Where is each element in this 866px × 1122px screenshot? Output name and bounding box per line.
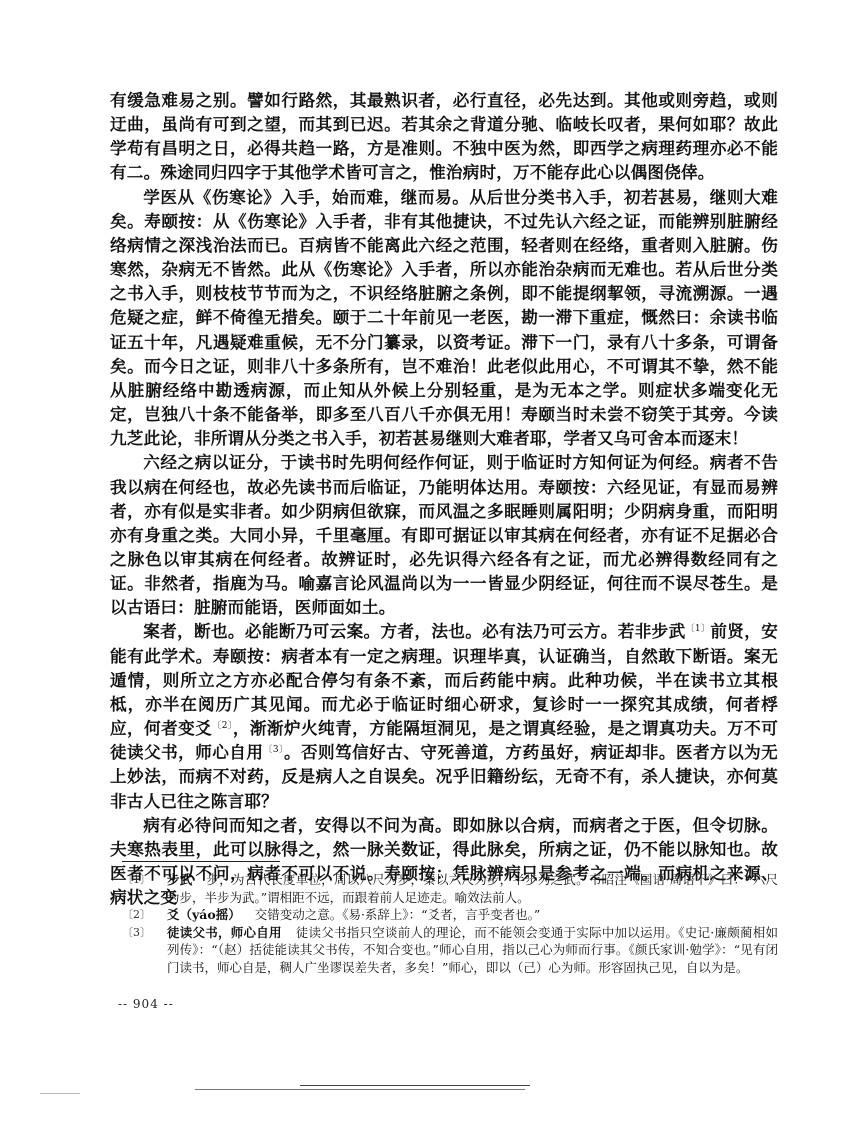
footnote-1: 〔1〕 步武步，为古代长度单位，周以八尺为步，秦以六尺为步，半步为之武。韦昭注《…	[122, 871, 778, 906]
footnote-ref-2[interactable]: 〔2〕	[212, 721, 233, 731]
footnote-mark: 〔3〕	[122, 924, 167, 977]
footnote-term: 步武	[167, 872, 193, 887]
paragraph-text: 学医从《伤寒论》入手，始而难，继而易。从后世分类书入手，初若甚易，继则大难矣。寿…	[110, 187, 778, 449]
footnote-2: 〔2〕 爻（yáo摇）交错变动之意。《易·系辞上》：“爻者，言乎变者也。”	[122, 906, 778, 924]
scan-edge-line	[40, 1093, 80, 1094]
paragraph-text: 六经之病以证分，于读书时先明何经作何证，则于临证时方知何证为何经。病者不告我以病…	[110, 452, 778, 617]
paragraph-text: 案者，断也。必能断乃可云案。方者，法也。必有法乃可云方。若非步武	[143, 621, 685, 641]
footnote-divider	[122, 861, 280, 862]
paragraph-4: 案者，断也。必能断乃可云案。方者，法也。必有法乃可云方。若非步武〔1〕前贤，安能…	[110, 619, 778, 812]
paragraph-text: 有缓急难易之别。譬如行路然，其最熟识者，必行直径，必先达到。其他或则旁趋，或则迂…	[110, 90, 778, 182]
footnote-term: 徒读父书，师心自用	[167, 925, 282, 940]
footnote-body: 步武步，为古代长度单位，周以八尺为步，秦以六尺为步，半步为之武。韦昭注《国语·周…	[167, 871, 778, 906]
footnote-ref-3[interactable]: 〔3〕	[263, 745, 284, 755]
paragraph-2: 学医从《伤寒论》入手，始而难，继而易。从后世分类书入手，初若甚易，继则大难矣。寿…	[110, 185, 778, 451]
footnote-text: 交错变动之意。《易·系辞上》：“爻者，言乎变者也。”	[255, 907, 541, 922]
footnote-ref-1[interactable]: 〔1〕	[686, 624, 711, 634]
scan-edge-line	[195, 1089, 525, 1090]
main-text: 有缓急难易之别。譬如行路然，其最熟识者，必行直径，必先达到。其他或则旁趋，或则迂…	[110, 88, 778, 909]
footnote-body: 爻（yáo摇）交错变动之意。《易·系辞上》：“爻者，言乎变者也。”	[167, 906, 778, 924]
document-page: 有缓急难易之别。譬如行路然，其最熟识者，必行直径，必先达到。其他或则旁趋，或则迂…	[0, 0, 866, 1122]
paragraph-3: 六经之病以证分，于读书时先明何经作何证，则于临证时方知何证为何经。病者不告我以病…	[110, 450, 778, 619]
page-number: -- 904 --	[118, 997, 174, 1011]
footnote-body: 徒读父书，师心自用徒读父书指只空谈前人的理论，而不能领会变通于实际中加以运用。《…	[167, 924, 778, 977]
footnote-3: 〔3〕 徒读父书，师心自用徒读父书指只空谈前人的理论，而不能领会变通于实际中加以…	[122, 924, 778, 977]
footnote-mark: 〔1〕	[122, 871, 167, 906]
footnote-text: 步，为古代长度单位，周以八尺为步，秦以六尺为步，半步为之武。韦昭注《国语·周语下…	[167, 872, 778, 905]
footnote-mark: 〔2〕	[122, 906, 167, 924]
footnotes: 〔1〕 步武步，为古代长度单位，周以八尺为步，秦以六尺为步，半步为之武。韦昭注《…	[122, 871, 778, 977]
paragraph-1: 有缓急难易之别。譬如行路然，其最熟识者，必行直径，必先达到。其他或则旁趋，或则迂…	[110, 88, 778, 185]
footnote-term: 爻（yáo摇）	[167, 907, 241, 922]
scan-edge-line	[300, 1085, 530, 1086]
